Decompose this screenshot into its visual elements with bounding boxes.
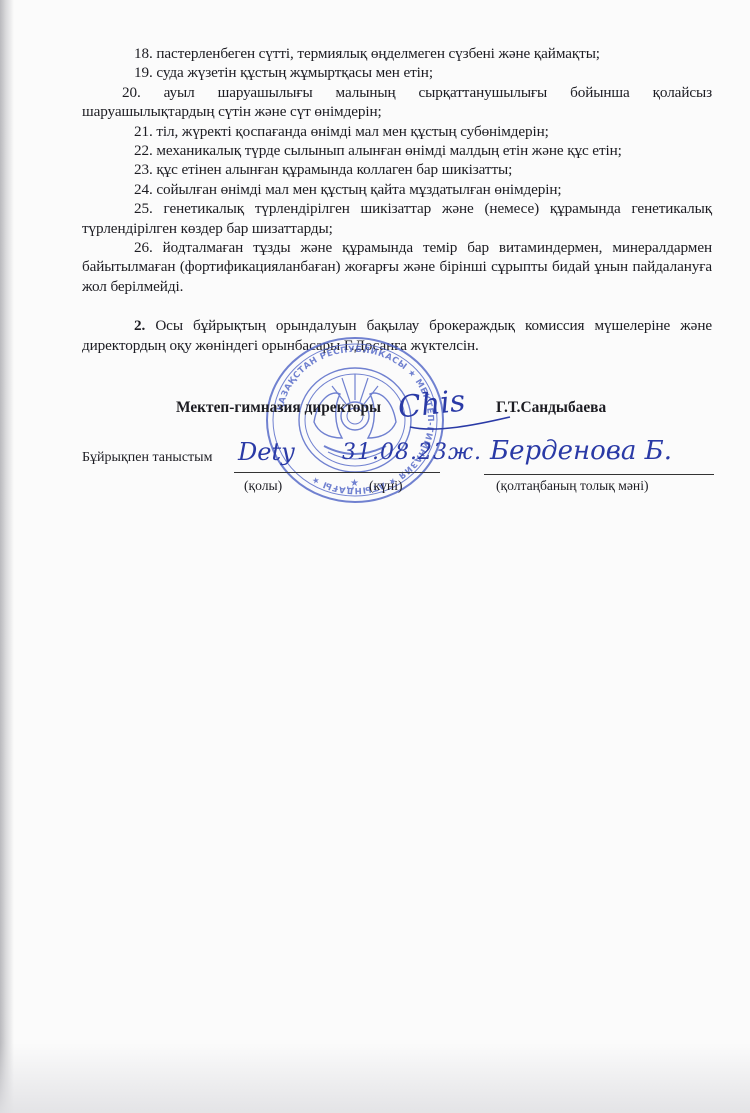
clause-number: 2. — [134, 317, 145, 334]
item-number: 21. — [134, 123, 153, 140]
acknowledgement-label: Бұйрықпен таныстым — [82, 450, 212, 466]
list-item-21: 21. тіл, жүректі қоспағанда өнімді мал м… — [82, 122, 712, 141]
list-item-22: 22. механикалық түрде сылынып алынған өн… — [82, 141, 712, 160]
acknowledger-fullname: Берденова Б. — [490, 436, 672, 466]
item-text: тіл, жүректі қоспағанда өнімді мал мен қ… — [156, 123, 548, 140]
page-bottom-shadow — [0, 1043, 750, 1113]
spacer — [82, 296, 712, 316]
item-text: механикалық түрде сылынып алынған өнімді… — [156, 142, 621, 159]
document-body: 18. пастерленбеген сүтті, термиялық өңде… — [82, 44, 712, 355]
clause-text: Осы бұйрықтың орындалуын бақылау брокера… — [82, 317, 712, 353]
clause-2: 2. Осы бұйрықтың орындалуын бақылау брок… — [82, 316, 712, 355]
item-text: құс етінен алынған құрамында коллаген ба… — [156, 161, 512, 178]
item-number: 23. — [134, 161, 153, 178]
acknowledger-signature: Dety — [238, 438, 295, 466]
list-item-26: 26. йодталмаған тұзды және құрамында тем… — [82, 238, 712, 296]
signature-line — [234, 472, 336, 473]
page-edge-shadow — [0, 0, 14, 1113]
acknowledgement-date: 31.08.23ж. — [342, 440, 482, 465]
director-name: Г.Т.Сандыбаева — [496, 399, 606, 417]
list-item-25: 25. генетикалық түрлендірілген шикізатта… — [82, 199, 712, 238]
item-number: 26. — [134, 239, 153, 256]
acknowledgement-block: Бұйрықпен таныстым Dety (қолы) 31.08.23ж… — [82, 448, 722, 498]
item-number: 19. — [134, 64, 153, 81]
item-text: пастерленбеген сүтті, термиялық өңделмег… — [156, 45, 600, 62]
list-item-18: 18. пастерленбеген сүтті, термиялық өңде… — [82, 44, 712, 63]
item-number: 22. — [134, 142, 153, 159]
item-text: генетикалық түрлендірілген шикізаттар жә… — [82, 200, 712, 236]
caption-signature: (қолы) — [244, 478, 282, 494]
item-number: 18. — [134, 45, 153, 62]
item-text: сойылған өнімді мал мен құстың қайта мұз… — [156, 181, 561, 198]
item-text: суда жүзетін құстың жұмыртқасы мен етін; — [156, 64, 433, 81]
fullname-line — [484, 474, 714, 475]
list-item-23: 23. құс етінен алынған құрамында коллаге… — [82, 160, 712, 179]
date-line — [336, 472, 440, 473]
item-text: йодталмаған тұзды және құрамында темір б… — [82, 239, 712, 295]
director-title: Мектеп-гимназия директоры — [176, 399, 381, 417]
caption-fullname: (қолтаңбаның толық мәні) — [496, 478, 649, 494]
item-number: 20. — [122, 84, 141, 101]
caption-date: (күні) — [369, 478, 403, 494]
list-item-19: 19. суда жүзетін құстың жұмыртқасы мен е… — [82, 63, 712, 82]
item-number: 25. — [134, 200, 153, 217]
item-number: 24. — [134, 181, 153, 198]
list-item-20: 20. ауыл шаруашылығы малының сырқаттануш… — [82, 83, 712, 122]
list-item-24: 24. сойылған өнімді мал мен құстың қайта… — [82, 180, 712, 199]
item-text: ауыл шаруашылығы малының сырқаттанушылығ… — [82, 84, 712, 120]
